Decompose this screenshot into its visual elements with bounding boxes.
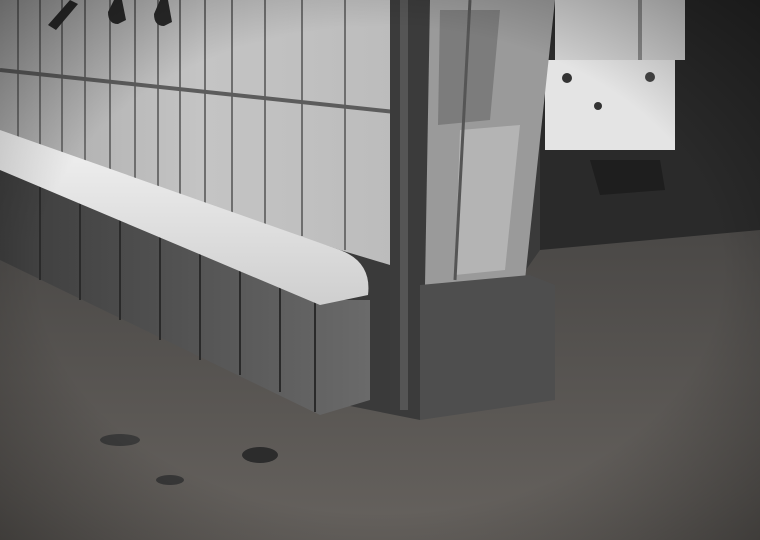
photo-scene <box>0 0 760 540</box>
photograph <box>0 0 760 540</box>
